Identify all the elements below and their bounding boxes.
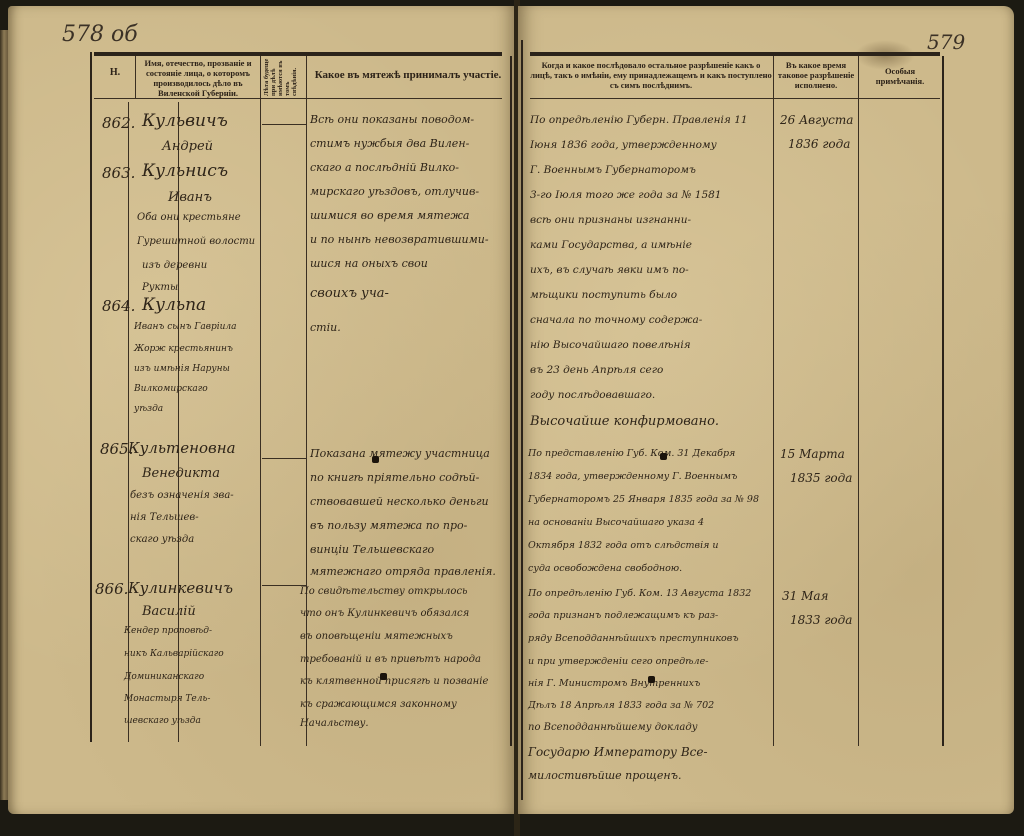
executed-year: 1836 года [788,132,850,156]
participation-line: стимъ нужбыя два Вилен- [310,132,469,156]
entry-number: 863. [102,162,135,185]
participation-line: къ клятвенной присягѣ и позваніе [300,670,488,694]
decision-line: на основаніи Высочайшаго указа 4 [528,511,704,536]
decision-line: Іюня 1836 года, утвержденному [530,133,717,158]
participation-line: шися на оныхъ свои [310,252,428,276]
header-executed: Въ какое время таковое разрѣшеніе исполн… [776,60,856,90]
col-divider [858,56,859,746]
executed-date: 31 Мая [782,584,828,608]
participation-line: стіи. [310,316,341,340]
header-bottom-rule [530,98,940,99]
right-border [942,56,944,746]
entry-detail: никъ Кальварійскаго [124,645,224,664]
ink-blot [660,453,667,460]
executed-year: 1835 года [790,466,852,490]
entry-surname: Кульнисъ [142,160,228,183]
decision-line: По представленію Губ. Ком. 31 Декабря [528,442,735,467]
entry-surname: Культеновна [128,437,236,460]
entry-detail: Вилкомирскаго [134,380,208,399]
ink-blot [380,673,387,680]
decision-line: Губернаторомъ 25 Января 1835 года за № 9… [528,488,759,513]
entry-detail: Доминиканскаго [124,668,204,687]
ink-blot [372,456,379,463]
entry-detail: изъ имѣнія Наруны [134,360,230,379]
entry-detail: Оба они крестьяне [137,208,241,227]
participation-line: По свидѣтельству открылось [300,580,468,604]
entry-number: 866. [95,578,128,601]
folio-number-right: 579 [927,30,965,54]
decision-line: 1834 года, утвержденному Г. Военнымъ [528,465,737,490]
header-participation: Какое въ мятежѣ принималъ участіе. [310,70,506,80]
ink-blot [648,676,655,683]
participation-line: что онъ Кулинкевичъ обязался [300,602,469,626]
participation-line: ствовавшей несколько деньги [310,490,489,514]
participation-line: своихъ уча- [310,282,389,306]
decision-line: По опредѣленію Губерн. Правленія 11 [530,108,748,133]
header-name: Имя, отечество, прозваніе и состояніе ли… [137,58,259,98]
decision-line: ками Государства, а имѣніе [530,233,692,258]
executed-date: 15 Марта [780,442,845,466]
left-border [90,52,92,742]
executed-year: 1833 года [790,608,852,632]
decision-line: Дѣлъ 18 Апрѣля 1833 года за № 702 [528,694,714,719]
col-divider [260,56,261,746]
participation-line: шимися во время мятежа [310,204,469,228]
header-rotated: Лѣта будеще при дѣлѣ имѣются въ томъ свѣ… [263,58,303,96]
header-decision: Когда и какое послѣдовало остальное разр… [530,60,772,90]
decision-line: Государю Императору Все- [528,740,708,765]
decision-line: году послѣдовавшаго. [530,383,655,408]
entry-given-name: Иванъ [168,186,212,209]
entry-given-name: Андрей [162,135,213,158]
participation-line: мирскаго уѣздовъ, отлучив- [310,180,479,204]
header-bottom-rule [94,98,502,99]
participation-line: скаго а послѣдній Вилко- [310,156,459,180]
decision-line: по Всеподданнѣйшему докладу [528,716,698,741]
participation-line: по книгѣ пріятельно содѣй- [310,466,479,490]
entry-detail: скаго уѣзда [130,530,194,549]
entry-detail: изъ деревни [142,256,207,275]
decision-line: По опредѣленію Губ. Ком. 13 Августа 1832 [528,582,751,607]
decision-line: Высочайше конфирмовано. [530,410,719,435]
participation-line: винціи Тельшевскаго [310,538,434,562]
entry-given-name: Венедикта [142,462,220,485]
left-border [521,40,523,800]
participation-line: въ пользу мятежа по про- [310,514,467,538]
participation-line: Показана мятежу участница [310,442,490,466]
decision-line: нія Г. Министромъ Внутреннихъ [528,672,700,697]
decision-line: въ 23 день Апрѣля сего [530,358,663,383]
entry-surname: Кулинкевичъ [128,577,233,600]
entry-detail: Жорж крестьянинъ [134,340,233,359]
header-number: Н. [100,68,130,78]
entry-detail: Иванъ сынъ Гавріила [134,318,237,337]
entry-detail: нія Тельшев- [130,508,199,527]
participation-line: и по нынѣ невозвратившими- [310,228,489,252]
decision-line: мѣщики поступить было [530,283,677,308]
decision-line: суда освобождена свободною. [528,557,682,582]
right-border [510,56,512,746]
entry-given-name: Василій [142,600,196,623]
header-top-rule [530,52,940,56]
open-ledger-book: 578 об Н. Имя, отечество, прозваніе и со… [0,0,1024,836]
executed-date: 26 Августа [780,108,853,132]
decision-line: 3-го Іюля того же года за № 1581 [530,183,722,208]
folio-number-left: 578 об [62,22,138,47]
decision-line: всѣ они признаны изгнанни- [530,208,691,233]
entry-surname: Кульпа [142,294,206,317]
entry-number: 862. [102,112,135,135]
participation-line: Всѣ они показаны поводом- [310,108,474,132]
entry-detail: безъ означенія зва- [130,486,234,505]
entry-detail: шевскаго уѣзда [124,712,201,731]
col-divider [773,56,774,746]
decision-line: ихъ, въ случаѣ явки имъ по- [530,258,689,283]
decision-line: и при утвержденіи сего опредѣле- [528,650,708,675]
header-notes: Особыя примѣчанія. [861,66,939,86]
participation-line: требованій и въ привѣтъ народа [300,648,481,672]
entry-detail: Гурешитной волости [137,232,255,251]
entry-detail: Монастыря Тель- [124,690,210,709]
decision-line: года признанъ подлежащимъ къ раз- [528,604,718,629]
decision-line: Октября 1832 года отъ слѣдствія и [528,534,719,559]
decision-line: ряду Всеподданнѣйшихъ преступниковъ [528,627,739,652]
decision-line: сначала по точному содержа- [530,308,702,333]
entry-detail: Кендер проповѣд- [124,622,212,641]
entry-surname: Кульвичъ [142,110,228,133]
decision-line: Г. Военнымъ Губернаторомъ [530,158,696,183]
entry-detail: уѣзда [134,400,163,419]
header-top-rule [94,52,502,56]
participation-line: Начальству. [300,712,369,736]
participation-line: въ оповѣщеніи мятежныхъ [300,625,453,649]
entry-number: 864. [102,295,135,318]
decision-line: милостивѣйше прощенъ. [528,764,681,789]
decision-line: нію Высочайшаго повелѣнія [530,333,691,358]
